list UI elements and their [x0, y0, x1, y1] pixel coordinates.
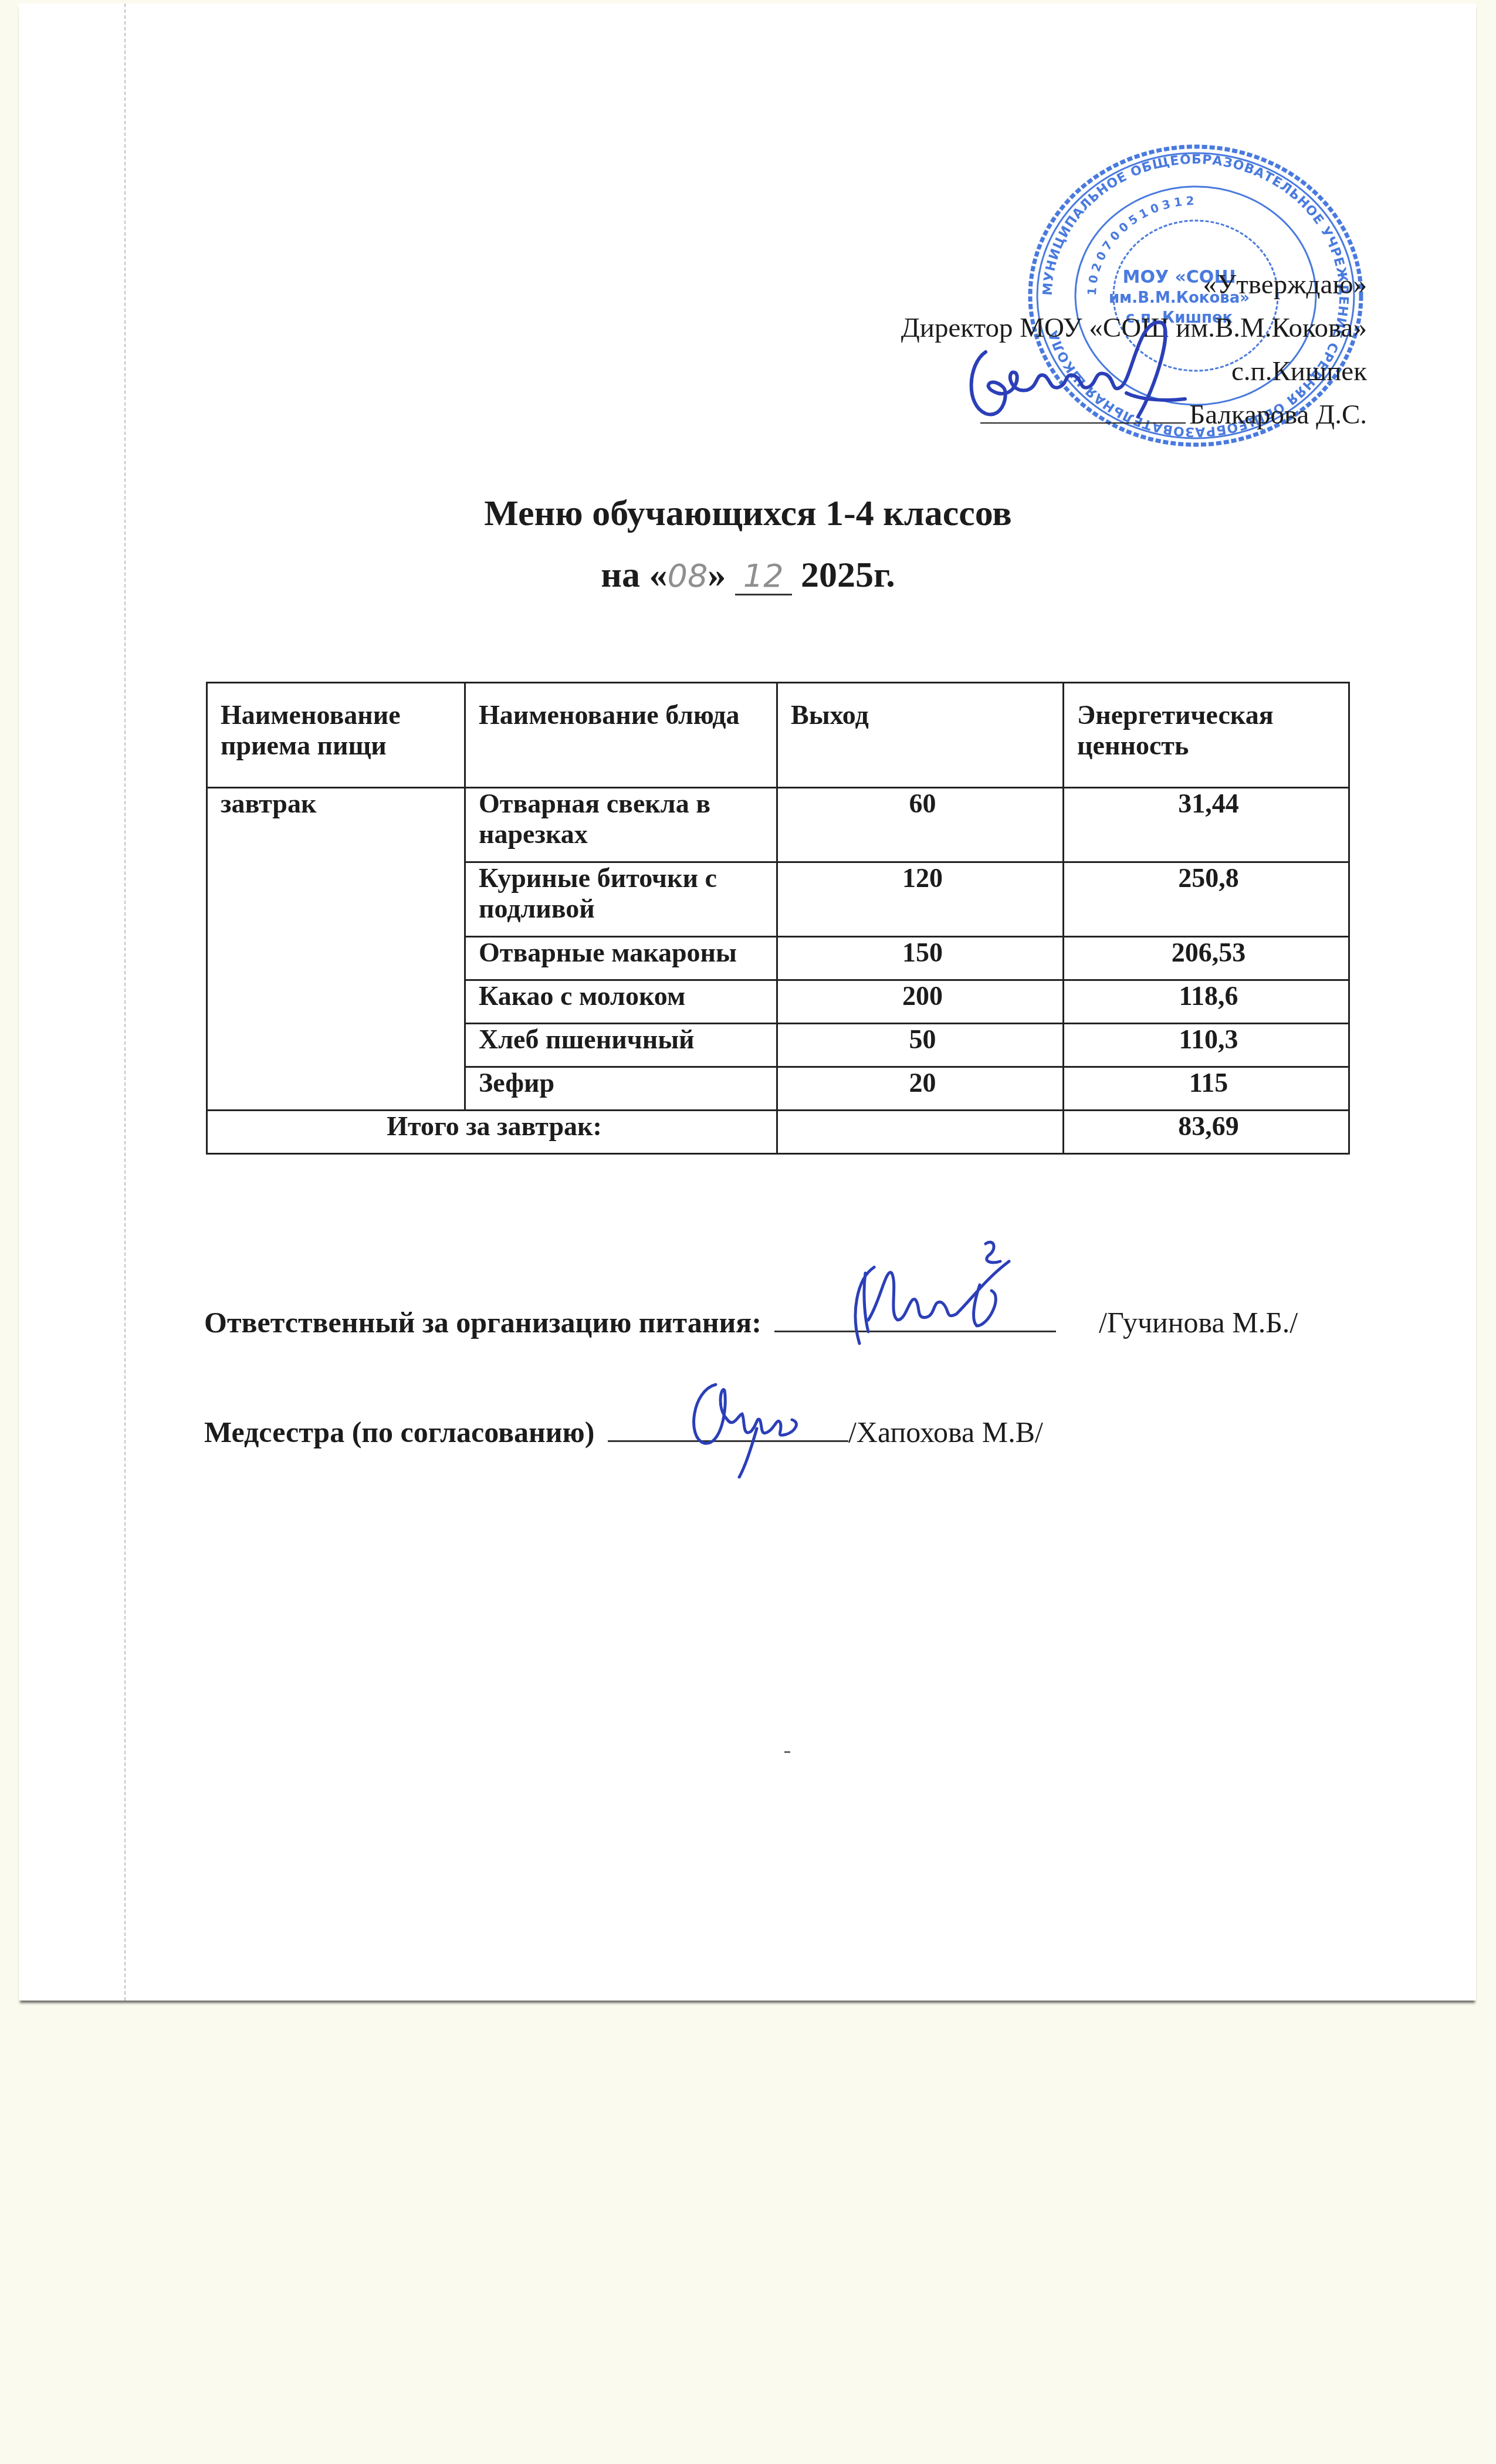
menu-date: на «08» 12 2025г.: [0, 554, 1496, 596]
total-label: Итого за завтрак:: [207, 1111, 777, 1154]
menu-table: Наименование приема пищи Наименование бл…: [206, 682, 1350, 1155]
header-energy: Энергетическая ценность: [1064, 683, 1349, 788]
table-header-row: Наименование приема пищи Наименование бл…: [207, 683, 1349, 788]
dish-name: Какао с молоком: [465, 980, 777, 1024]
nurse-label: Медсестра (по согласованию): [204, 1416, 594, 1448]
responsible-signature-line: Ответственный за организацию питания: /Г…: [204, 1305, 1298, 1339]
dish-name: Куриные биточки с подливой: [465, 862, 777, 937]
dish-energy: 118,6: [1064, 980, 1349, 1024]
date-day: 08: [668, 557, 708, 594]
dish-output: 150: [777, 937, 1064, 980]
meal-name: завтрак: [207, 788, 465, 1111]
scan-margin-line: [124, 4, 126, 2001]
total-energy: 83,69: [1064, 1111, 1349, 1154]
nurse-name: /Хапохова М.В/: [848, 1416, 1043, 1448]
date-month-field: 12: [735, 557, 792, 595]
dish-name: Отварная свекла в нарезках: [465, 788, 777, 862]
date-month: 12: [743, 557, 784, 594]
director-signature-icon: [962, 305, 1209, 422]
nurse-signature-line: Медсестра (по согласованию) /Хапохова М.…: [204, 1415, 1043, 1449]
responsible-name: /Гучинова М.Б./: [1099, 1306, 1298, 1339]
dish-energy: 250,8: [1064, 862, 1349, 937]
table-total-row: Итого за завтрак: 83,69: [207, 1111, 1349, 1154]
total-output: [777, 1111, 1064, 1154]
dish-name: Отварные макароны: [465, 937, 777, 980]
page-title: Меню обучающихся 1-4 классов: [0, 493, 1496, 534]
dish-output: 20: [777, 1067, 1064, 1111]
dish-energy: 115: [1064, 1067, 1349, 1111]
date-year: 2025г.: [801, 555, 895, 595]
dish-energy: 206,53: [1064, 937, 1349, 980]
dish-energy: 31,44: [1064, 788, 1349, 862]
dish-output: 120: [777, 862, 1064, 937]
dish-name: Зефир: [465, 1067, 777, 1111]
dish-energy: 110,3: [1064, 1024, 1349, 1067]
director-name: Балкарова Д.С.: [1189, 400, 1367, 430]
dish-output: 60: [777, 788, 1064, 862]
dish-name: Хлеб пшеничный: [465, 1024, 777, 1067]
dish-output: 200: [777, 980, 1064, 1024]
responsible-signature-icon: [833, 1232, 1044, 1349]
header-meal: Наименование приема пищи: [207, 683, 465, 788]
approval-heading: «Утверждаю»: [901, 263, 1367, 306]
signature-underline: [980, 422, 1186, 424]
responsible-label: Ответственный за организацию питания:: [204, 1306, 761, 1339]
scan-speck: [784, 1751, 790, 1753]
table-row: завтрак Отварная свекла в нарезках 60 31…: [207, 788, 1349, 862]
header-output: Выход: [777, 683, 1064, 788]
nurse-signature-icon: [675, 1373, 815, 1478]
dish-output: 50: [777, 1024, 1064, 1067]
header-dish: Наименование блюда: [465, 683, 777, 788]
